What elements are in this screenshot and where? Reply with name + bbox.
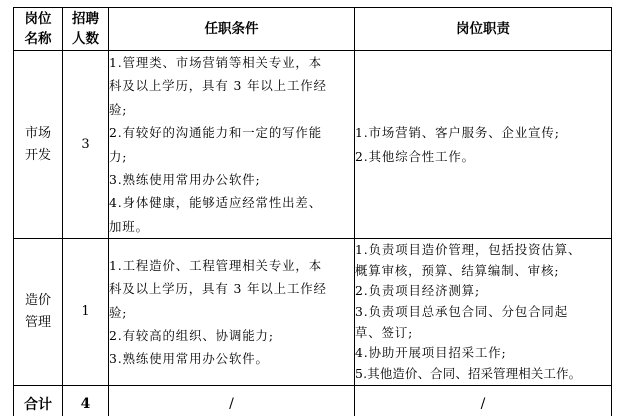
headcount-cell: 3 — [63, 51, 109, 239]
header-headcount: 招聘 人数 — [63, 8, 109, 51]
total-headcount: 4 — [63, 386, 109, 416]
recruitment-table: 岗位 名称 招聘 人数 任职条件 岗位职责 市场 开发 3 1.管理类、市场营销… — [13, 7, 612, 416]
headcount-cell: 1 — [63, 239, 109, 386]
header-duties: 岗位职责 — [355, 8, 612, 51]
total-requirements: / — [109, 386, 355, 416]
total-label: 合计 — [14, 386, 63, 416]
position-name-cell: 造价 管理 — [14, 239, 63, 386]
header-row: 岗位 名称 招聘 人数 任职条件 岗位职责 — [14, 8, 612, 51]
total-duties: / — [355, 386, 612, 416]
table-row: 市场 开发 3 1.管理类、市场营销等相关专业，本 科及以上学历，具有 3 年以… — [14, 51, 612, 239]
table-row: 造价 管理 1 1.工程造价、工程管理相关专业，本 科及以上学历，具有 3 年以… — [14, 239, 612, 386]
requirements-cell: 1.工程造价、工程管理相关专业，本 科及以上学历，具有 3 年以上工作经 验; … — [109, 239, 355, 386]
header-position-name: 岗位 名称 — [14, 8, 63, 51]
duties-cell: 1.负责项目造价管理，包括投资估算、 概算审核，预算、结算编制、审核; 2.负责… — [355, 239, 612, 386]
position-name-cell: 市场 开发 — [14, 51, 63, 239]
requirements-cell: 1.管理类、市场营销等相关专业，本 科及以上学历，具有 3 年以上工作经 验; … — [109, 51, 355, 239]
duties-cell: 1.市场营销、客户服务、企业宣传; 2.其他综合性工作。 — [355, 51, 612, 239]
header-requirements: 任职条件 — [109, 8, 355, 51]
total-row: 合计 4 / / — [14, 386, 612, 416]
